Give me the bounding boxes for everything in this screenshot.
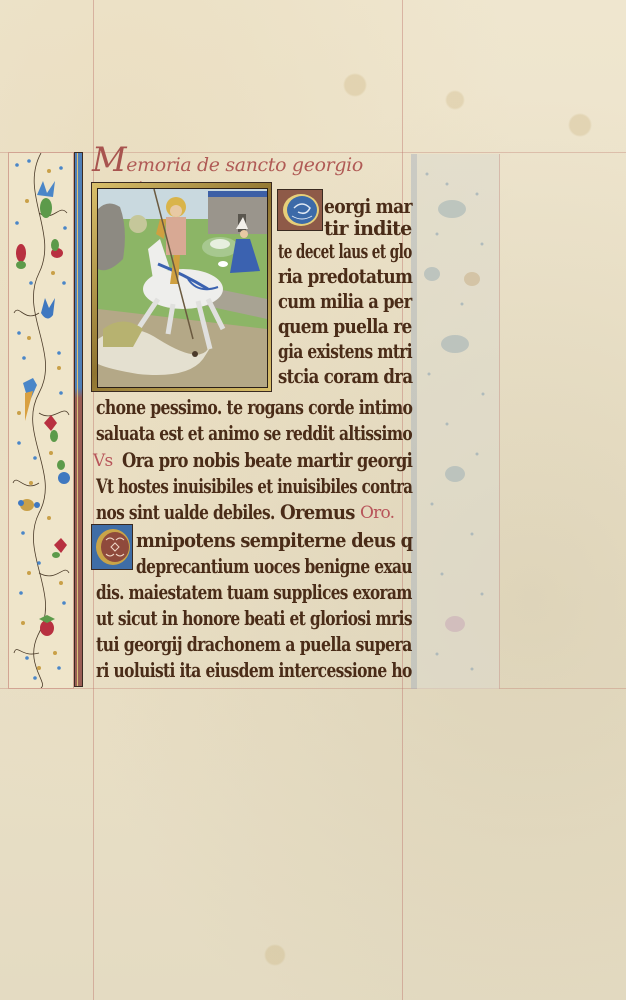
text-line-4: ria predotatum [278, 266, 412, 288]
faded-foliage-icon [417, 154, 499, 689]
decorated-border [8, 152, 74, 689]
text-line-9: chone pessimo. te rogans corde intimo [96, 397, 412, 419]
decorated-initial-g [277, 189, 323, 231]
border-bar [74, 152, 83, 687]
text-line-7: gia existens mtri [278, 341, 412, 363]
text-line-1: eorgi mar [324, 196, 412, 218]
saint-george-dragon-icon [98, 189, 267, 387]
decorated-initial-o [91, 524, 133, 570]
oratio-rubric: Oro. [360, 502, 394, 524]
ruling-line-bottom [0, 688, 626, 689]
show-through-border [417, 154, 500, 689]
text-line-8: stcia coram dra [278, 366, 412, 388]
manuscript-folio: Memoria de sancto georgio martir. [0, 0, 626, 1000]
text-line-13-oremus: Oremus [280, 502, 355, 524]
text-line-18: tui georgij drachonem a puella supera [96, 634, 412, 656]
initial-g-icon [278, 190, 322, 230]
text-line-10: saluata est et animo se reddit altissimo [96, 423, 412, 445]
miniature-saint-george [91, 182, 272, 392]
versicle-rubric: Vs [93, 450, 112, 472]
text-line-11: Ora pro nobis beate martir georgi [122, 450, 412, 472]
text-line-2: tir indite [324, 218, 412, 240]
text-line-3: te decet laus et glo [278, 241, 412, 263]
rubric-initial: M [92, 140, 126, 180]
initial-o-icon [92, 525, 132, 569]
text-line-12: Vt hostes inuisibiles et inuisibiles con… [96, 476, 412, 498]
text-line-13: nos sint ualde debiles. [96, 502, 275, 524]
strawberry-icon [39, 615, 55, 636]
text-line-15: deprecantium uoces benigne exau [136, 556, 412, 578]
cornflower-icon [37, 181, 55, 218]
text-line-16: dis. maiestatem tuam supplices exoram [96, 582, 412, 604]
text-line-5: cum milia a per [278, 291, 412, 313]
text-line-14: mnipotens sempiterne deus q [136, 530, 412, 552]
text-line-17: ut sicut in honore beati et gloriosi mri… [96, 608, 412, 630]
text-line-6: quem puella re [278, 316, 412, 338]
text-line-19: ri uoluisti ita eiusdem intercessione ho [96, 660, 412, 682]
